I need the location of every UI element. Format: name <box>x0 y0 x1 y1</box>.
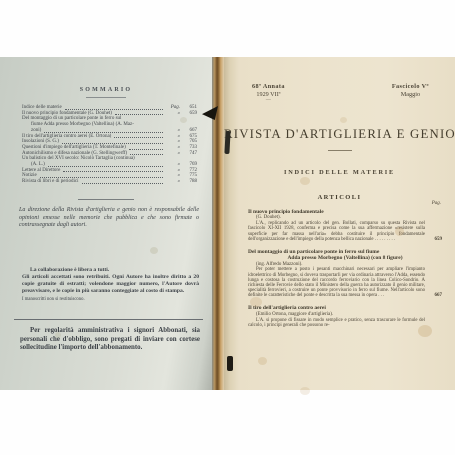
articles-heading: ARTICOLI <box>224 194 455 201</box>
left-page: SOMMARIO Indice delle materiePag.651Il n… <box>0 57 212 390</box>
index-heading: INDICI DELLE MATERIE <box>224 169 455 176</box>
article-abstract: L'A. si propone di fissare in modo sempl… <box>248 318 442 328</box>
manuscripts-note: I manoscritti non si restituiscono. <box>22 297 199 304</box>
journal-title: RIVISTA D'ARTIGLIERIA E GENIO <box>224 127 455 142</box>
article-entry: Del montaggio di un particolare ponte in… <box>248 249 442 299</box>
toc-end-rule <box>78 199 134 200</box>
sommario-rule <box>86 97 126 98</box>
right-page: 68ª Annata 1929 VIIª — Fascicolo Vº Magg… <box>224 57 455 390</box>
annata-label: 68ª Annata <box>252 83 285 91</box>
toc-row: Rivista di libri e di periodici»788 <box>22 179 197 185</box>
collaboration-note: La collaborazione è libera a tutti. Gli … <box>22 267 199 304</box>
table-of-contents: Indice delle materiePag.651Il nuovo prin… <box>22 105 197 185</box>
subscription-note: Per regolarità amministrativa i signori … <box>20 327 200 353</box>
header-ornament: — <box>252 98 285 103</box>
editorial-notice: La direzione della Rivista d'artiglieria… <box>19 207 199 230</box>
article-abstract: L'A., replicando ad un articolo del gen.… <box>248 221 442 242</box>
fascicolo-block: Fascicolo Vº Maggio <box>392 83 429 103</box>
issue-header: 68ª Annata 1929 VIIª — Fascicolo Vº Magg… <box>252 83 429 103</box>
article-entry: Il nuovo principio fondamentale(G. Douhe… <box>248 209 442 242</box>
article-page-number: 659 <box>435 237 443 242</box>
collaboration-line: La collaborazione è libera a tutti. <box>22 267 199 274</box>
article-abstract: Per poter mettere a posto i pesanti macc… <box>248 267 442 298</box>
open-journal-photo: SOMMARIO Indice delle materiePag.651Il n… <box>0 57 455 390</box>
annata-block: 68ª Annata 1929 VIIª — <box>252 83 285 103</box>
sommario-title: SOMMARIO <box>20 87 192 93</box>
article-page-number: 667 <box>435 293 443 298</box>
year-label: 1929 VIIª <box>252 91 285 99</box>
articles-index: Il nuovo principio fondamentale(G. Douhe… <box>248 209 442 335</box>
article-entry: Il tiro dell'artiglieria contro aerei(Em… <box>248 305 442 328</box>
month-label: Maggio <box>392 91 429 99</box>
fascicolo-label: Fascicolo Vº <box>392 83 429 91</box>
title-rule <box>328 150 352 151</box>
divider-rule <box>14 319 203 320</box>
pag-column-label: Pag. <box>432 201 441 206</box>
collaboration-body: Gli articoli accettati sono retribuiti. … <box>22 274 199 295</box>
spine-ink-mark-bottom <box>227 356 233 371</box>
book-spine <box>212 57 224 390</box>
